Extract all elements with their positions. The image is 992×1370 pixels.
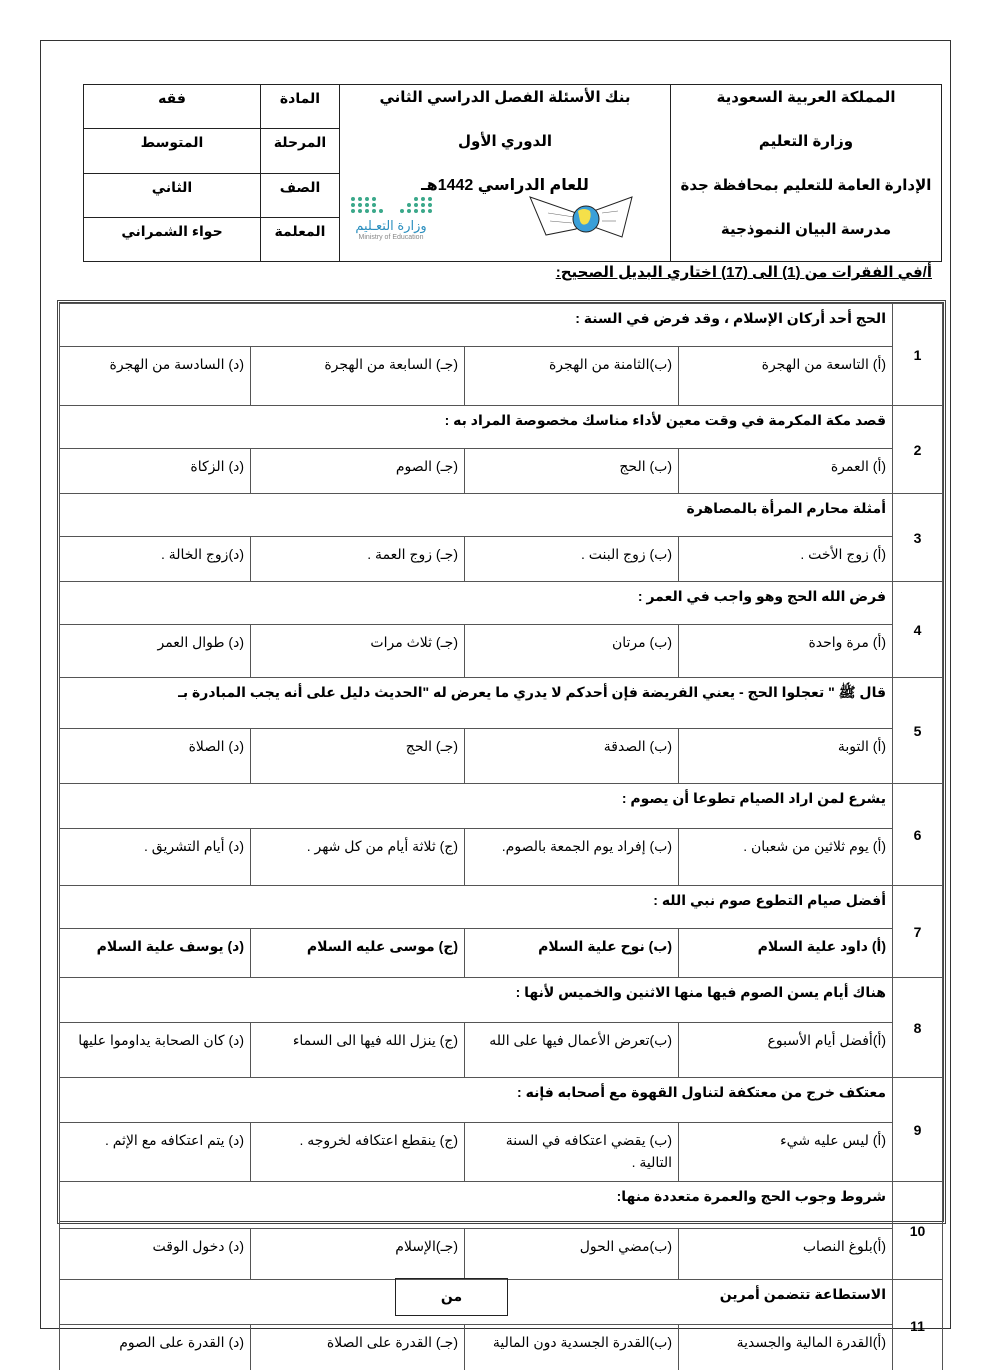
questions-table: 1الحج أحد أركان الإسلام ، وقد فرض في الس… (59, 303, 943, 1370)
header-table: المملكة العربية السعودية وزارة التعليم ا… (83, 84, 942, 262)
answer-option-d[interactable]: (د) الصلاة (59, 729, 250, 784)
grade-value: الثاني (84, 173, 261, 217)
options-row: (أ) مرة واحدة(ب) مرتان(جـ) ثلاث مرات(د) … (59, 625, 942, 678)
options-row: (أ) التوبة(ب) الصدقة(جـ) الحج(د) الصلاة (59, 729, 942, 784)
answer-option-d[interactable]: (د) القدرة على الصوم (59, 1325, 250, 1370)
answer-option-b[interactable]: (ب)تعرض الأعمال فيها على الله (465, 1023, 679, 1078)
country-name: المملكة العربية السعودية (671, 85, 941, 129)
grade-label: الصف (261, 173, 340, 217)
question-number: 9 (893, 1078, 943, 1182)
question-row: 3أمثلة محارم المرأة بالمصاهرة (59, 494, 942, 537)
answer-option-c[interactable]: (جـ) الصوم (251, 449, 465, 494)
options-row: (أ) يوم ثلاثين من شعبان .(ب) إفراد يوم ا… (59, 829, 942, 886)
answer-option-c[interactable]: (ج) ينقطع اعتكافه لخروجه . (251, 1123, 465, 1182)
question-number: 5 (893, 678, 943, 784)
options-row: (أ)بلوغ النصاب(ب)مضي الحول(جـ)الإسلام(د)… (59, 1229, 942, 1280)
options-row: (أ) العمرة(ب) الحج(جـ) الصوم(د) الزكاة (59, 449, 942, 494)
options-row: (أ)القدرة المالية والجسدية(ب)القدرة الجس… (59, 1325, 942, 1370)
options-row: (أ)أفضل أيام الأسبوع(ب)تعرض الأعمال فيها… (59, 1023, 942, 1078)
answer-option-d[interactable]: (د) كان الصحابة يداوموا عليها (59, 1023, 250, 1078)
question-text: قصد مكة المكرمة في وقت معين لأداء مناسك … (59, 406, 892, 449)
question-row: 7أفضل صيام التطوع صوم نبي الله : (59, 886, 942, 929)
answer-option-b[interactable]: (ب) الصدقة (465, 729, 679, 784)
school-name: مدرسة البيان النموذجية (671, 217, 941, 261)
answer-option-d[interactable]: (د)زوج الخالة . (59, 537, 250, 582)
answer-option-d[interactable]: (د) طوال العمر (59, 625, 250, 678)
question-text: فرض الله الحج وهو واجب في العمر : (59, 582, 892, 625)
answer-option-d[interactable]: (د) الزكاة (59, 449, 250, 494)
question-text: هناك أيام يسن الصوم فيها منها الاثنين وا… (59, 978, 892, 1023)
questions-table-frame: 1الحج أحد أركان الإسلام ، وقد فرض في الس… (57, 300, 946, 1224)
answer-option-b[interactable]: (ب) الحج (465, 449, 679, 494)
answer-option-c[interactable]: (ج) موسى عليه السلام (251, 929, 465, 978)
answer-option-d[interactable]: (د) أيام التشريق . (59, 829, 250, 886)
answer-option-a[interactable]: (أ)بلوغ النصاب (679, 1229, 893, 1280)
ministry-logo-dots-icon (346, 197, 436, 213)
answer-option-a[interactable]: (أ) ليس عليه شيء (679, 1123, 893, 1182)
question-text: معتكف خرج من معتكفة لتناول القهوة مع أصح… (59, 1078, 892, 1123)
page-number-box: من (395, 1278, 508, 1316)
question-text: أمثلة محارم المرأة بالمصاهرة (59, 494, 892, 537)
answer-option-a[interactable]: (أ) التوبة (679, 729, 893, 784)
answer-option-c[interactable]: (جـ) القدرة على الصلاة (251, 1325, 465, 1370)
question-text: قال ﷺ " تعجلوا الحج - يعني الفريضة فإن أ… (59, 678, 892, 729)
answer-option-b[interactable]: (ب) نوح علية السلام (465, 929, 679, 978)
answer-option-d[interactable]: (د) السادسة من الهجرة (59, 347, 250, 406)
question-row: 10شروط وجوب الحج والعمرة متعددة منها: (59, 1182, 942, 1229)
answer-option-b[interactable]: (ب) يقضي اعتكافه في السنة التالية . (465, 1123, 679, 1182)
answer-option-a[interactable]: (أ)القدرة المالية والجسدية (679, 1325, 893, 1370)
question-number: 10 (893, 1182, 943, 1280)
answer-option-c[interactable]: (جـ) زوج العمة . (251, 537, 465, 582)
answer-option-a[interactable]: (أ) زوج الأخت . (679, 537, 893, 582)
education-department: الإدارة العامة للتعليم بمحافظة جدة (671, 173, 941, 217)
answer-option-b[interactable]: (ب)مضي الحول (465, 1229, 679, 1280)
answer-option-a[interactable]: (أ) العمرة (679, 449, 893, 494)
answer-option-d[interactable]: (د) يوسف علية السلام (59, 929, 250, 978)
options-row: (أ) داود علية السلام(ب) نوح علية السلام(… (59, 929, 942, 978)
answer-option-d[interactable]: (د) دخول الوقت (59, 1229, 250, 1280)
answer-option-b[interactable]: (ب)الثامنة من الهجرة (465, 347, 679, 406)
question-text: يشرع لمن اراد الصيام تطوعا أن يصوم : (59, 784, 892, 829)
answer-option-b[interactable]: (ب)القدرة الجسدية دون المالية (465, 1325, 679, 1370)
options-row: (أ) التاسعة من الهجرة(ب)الثامنة من الهجر… (59, 347, 942, 406)
answer-option-d[interactable]: (د) يتم اعتكافه مع الإثم . (59, 1123, 250, 1182)
question-number: 2 (893, 406, 943, 494)
answer-option-c[interactable]: (جـ) ثلاث مرات (251, 625, 465, 678)
teacher-label: المعلمة (261, 217, 340, 261)
answer-option-a[interactable]: (أ) يوم ثلاثين من شعبان . (679, 829, 893, 886)
answer-option-a[interactable]: (أ) التاسعة من الهجرة (679, 347, 893, 406)
question-row: 6يشرع لمن اراد الصيام تطوعا أن يصوم : (59, 784, 942, 829)
question-number: 8 (893, 978, 943, 1078)
ministry-logo-english: Ministry of Education (346, 234, 436, 241)
answer-option-c[interactable]: (ج) ثلاثة أيام من كل شهر . (251, 829, 465, 886)
answer-option-a[interactable]: (أ)أفضل أيام الأسبوع (679, 1023, 893, 1078)
question-number: 1 (893, 304, 943, 406)
question-text: أفضل صيام التطوع صوم نبي الله : (59, 886, 892, 929)
ministry-name: وزارة التعليم (671, 129, 941, 173)
question-row: 4فرض الله الحج وهو واجب في العمر : (59, 582, 942, 625)
section-instructions: أ/في الفقرات من (1) الى (17) اختاري البد… (556, 263, 932, 281)
question-text: الحج أحد أركان الإسلام ، وقد فرض في السن… (59, 304, 892, 347)
ministry-of-education-logo: وزارة التعـليم Ministry of Education (346, 193, 436, 255)
answer-option-a[interactable]: (أ) مرة واحدة (679, 625, 893, 678)
question-number: 4 (893, 582, 943, 678)
exam-period: الدوري الأول (340, 129, 670, 173)
question-number: 6 (893, 784, 943, 886)
answer-option-c[interactable]: (جـ) السابعة من الهجرة (251, 347, 465, 406)
answer-option-a[interactable]: (أ) داود علية السلام (679, 929, 893, 978)
subject-value: فقه (84, 85, 261, 129)
options-row: (أ) ليس عليه شيء(ب) يقضي اعتكافه في السن… (59, 1123, 942, 1182)
answer-option-b[interactable]: (ب) مرتان (465, 625, 679, 678)
question-row: 1الحج أحد أركان الإسلام ، وقد فرض في الس… (59, 304, 942, 347)
question-text: شروط وجوب الحج والعمرة متعددة منها: (59, 1182, 892, 1229)
question-number: 3 (893, 494, 943, 582)
subject-label: المادة (261, 85, 340, 129)
question-row: 5قال ﷺ " تعجلوا الحج - يعني الفريضة فإن … (59, 678, 942, 729)
school-globe-logo-icon (526, 193, 636, 241)
question-row: 8هناك أيام يسن الصوم فيها منها الاثنين و… (59, 978, 942, 1023)
question-row: 2قصد مكة المكرمة في وقت معين لأداء مناسك… (59, 406, 942, 449)
answer-option-b[interactable]: (ب) إفراد يوم الجمعة بالصوم. (465, 829, 679, 886)
answer-option-b[interactable]: (ب) زوج البنت . (465, 537, 679, 582)
answer-option-c[interactable]: (جـ)الإسلام (251, 1229, 465, 1280)
stage-value: المتوسط (84, 129, 261, 173)
question-number: 11 (893, 1280, 943, 1370)
stage-label: المرحلة (261, 129, 340, 173)
question-number: 7 (893, 886, 943, 978)
teacher-value: حواء الشمراني (84, 217, 261, 261)
exam-title-cell: بنك الأسئلة الفصل الدراسي الثاني الدوري … (340, 85, 671, 262)
school-info-cell: المملكة العربية السعودية وزارة التعليم ا… (671, 85, 942, 262)
question-row: 9معتكف خرج من معتكفة لتناول القهوة مع أص… (59, 1078, 942, 1123)
exam-title: بنك الأسئلة الفصل الدراسي الثاني (340, 85, 670, 129)
answer-option-c[interactable]: (جـ) الحج (251, 729, 465, 784)
options-row: (أ) زوج الأخت .(ب) زوج البنت .(جـ) زوج ا… (59, 537, 942, 582)
answer-option-c[interactable]: (ج) ينزل الله فيها الى السماء (251, 1023, 465, 1078)
ministry-logo-arabic: وزارة التعـليم (346, 218, 436, 234)
